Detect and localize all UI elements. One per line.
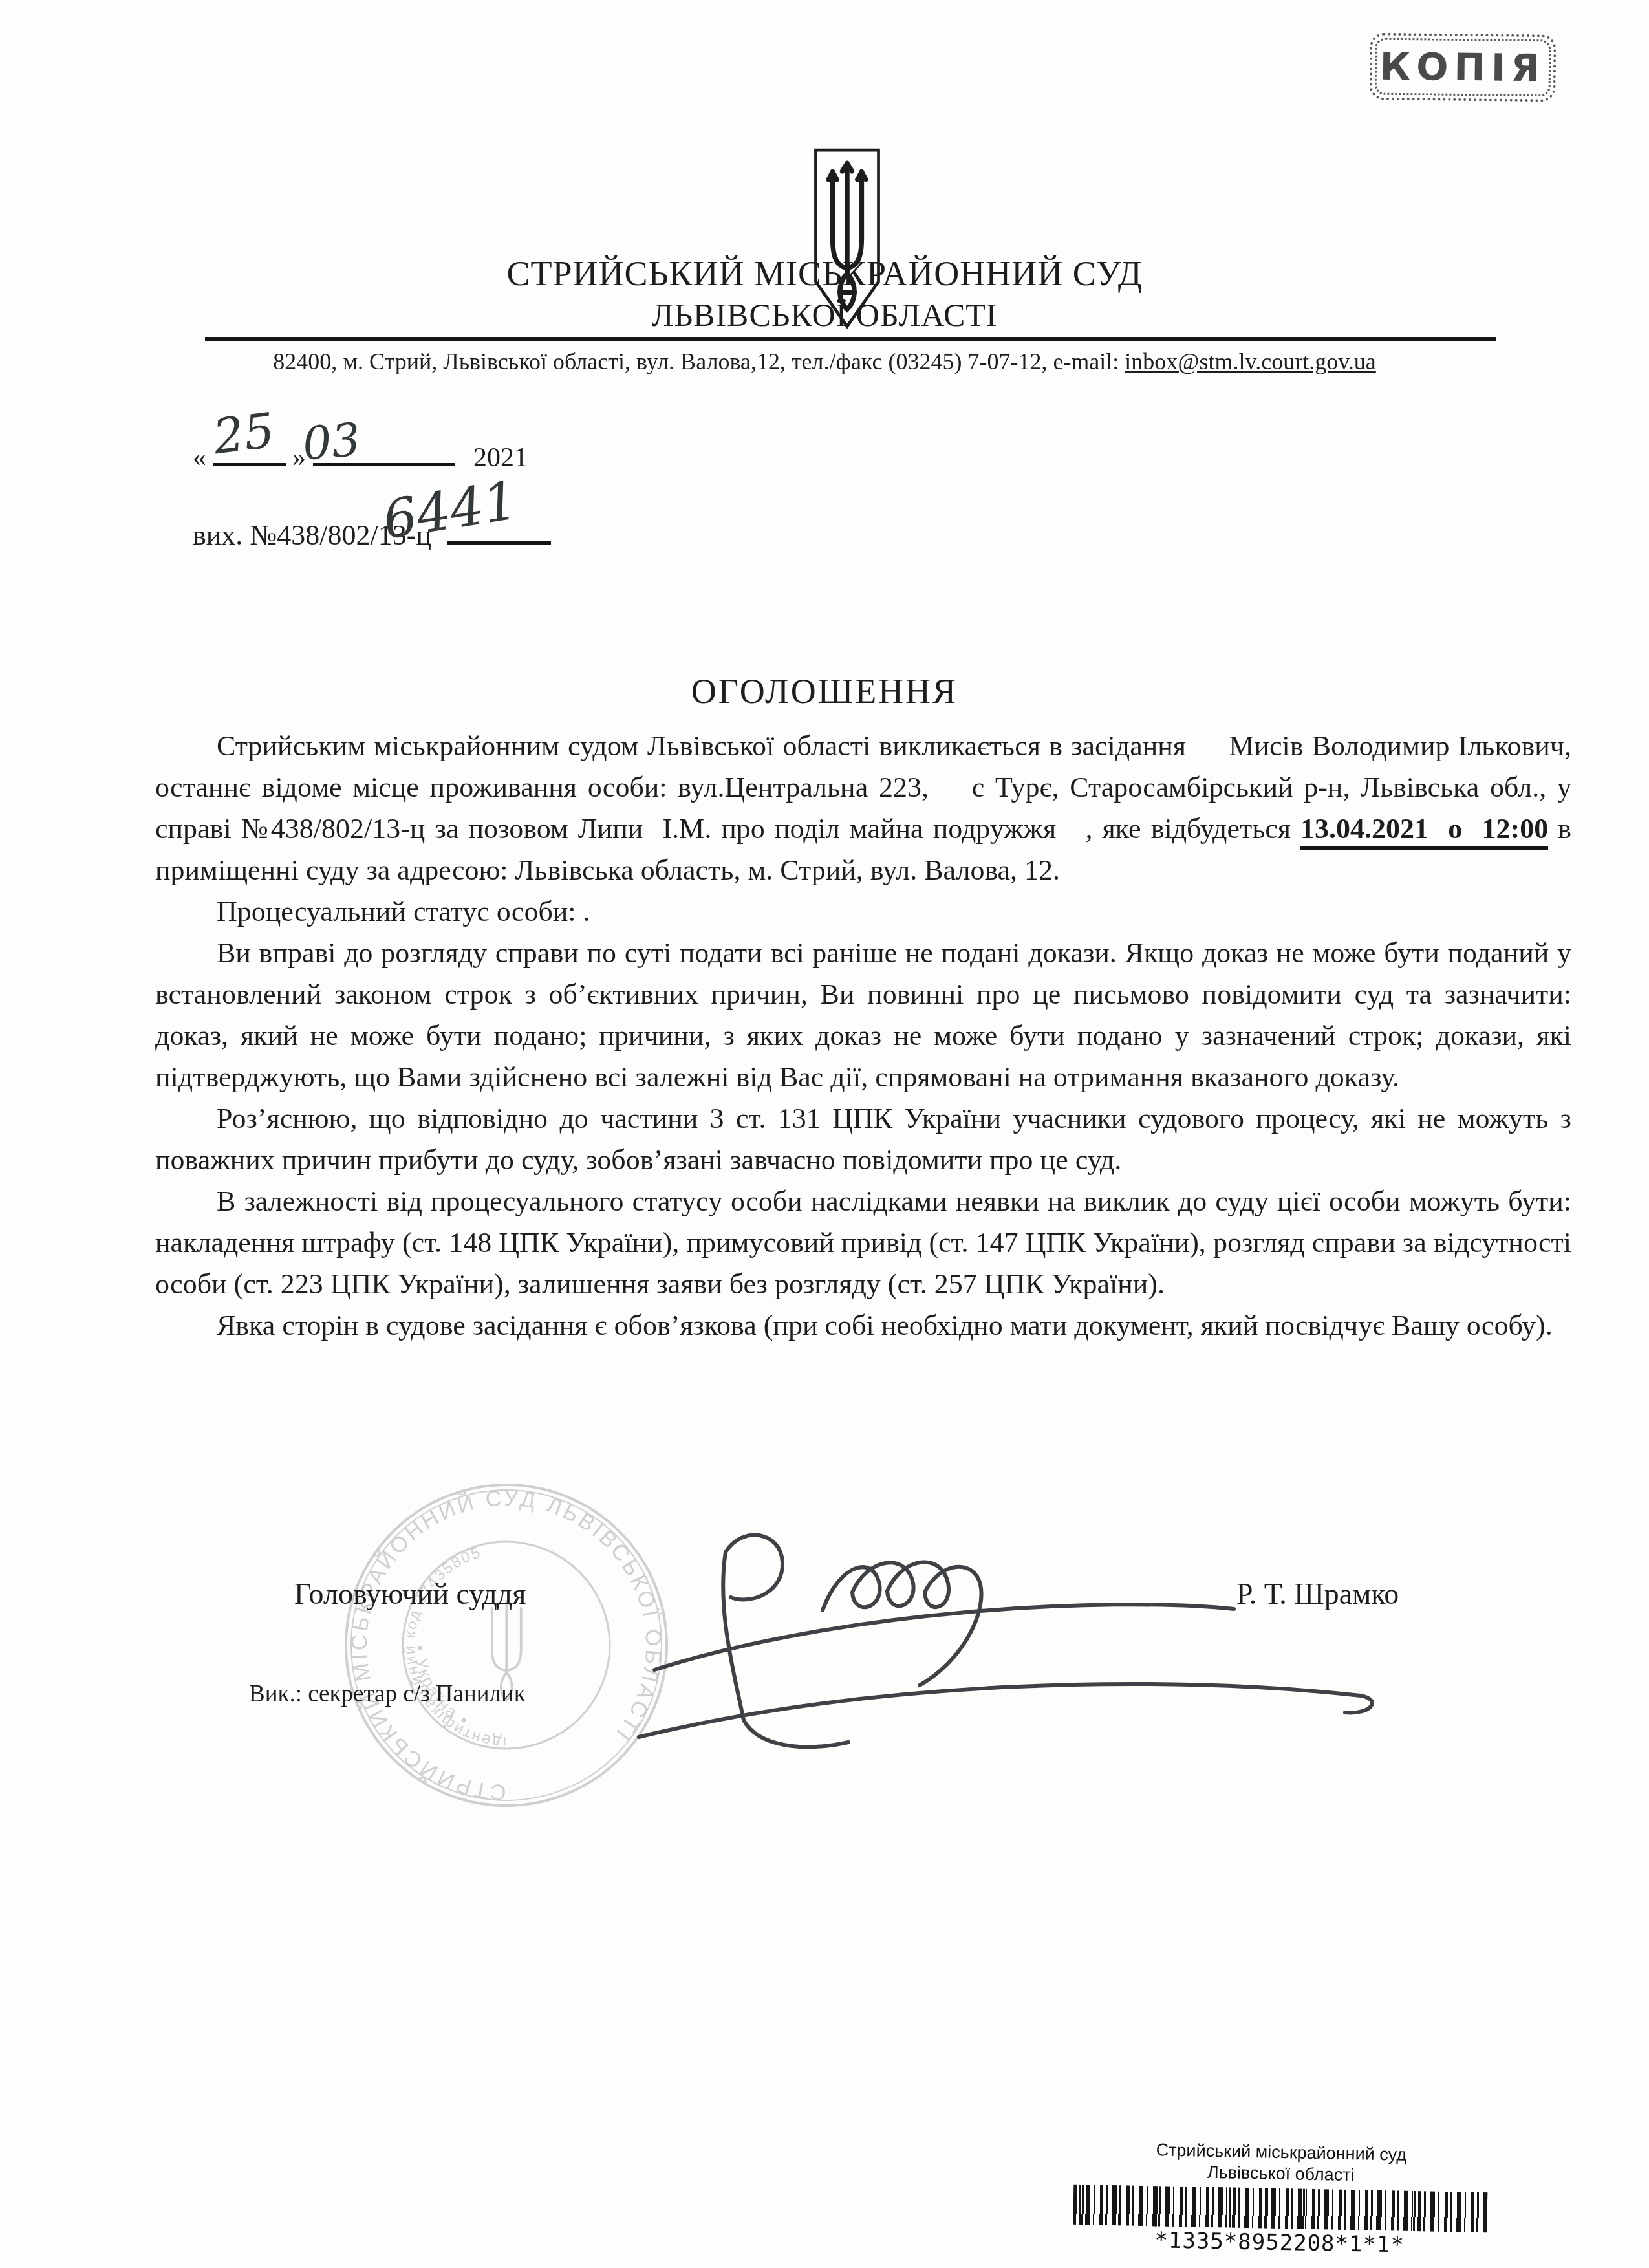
copy-stamp-label: КОПІЯ <box>1379 45 1546 91</box>
court-document-page: КОПІЯ СТРИЙСЬКИЙ МІСЬКРАЙОННИЙ СУД ЛЬВІВ… <box>0 0 1649 2268</box>
paragraph-summons: Стрийським міськрайонним судом Львівсько… <box>155 726 1571 891</box>
barcode <box>1073 2185 1487 2232</box>
court-address: 82400, м. Стрий, Львівської області, вул… <box>0 348 1649 375</box>
copy-stamp-border: КОПІЯ <box>1375 38 1551 97</box>
judge-name: Р. Т. Шрамко <box>1236 1577 1399 1611</box>
document-title: ОГОЛОШЕННЯ <box>0 671 1649 711</box>
handwritten-month: 03 <box>301 413 363 470</box>
handwritten-day: 25 <box>210 403 277 466</box>
paragraph-consequences: В залежності від процесуального статусу … <box>155 1181 1571 1305</box>
quote-open: « <box>193 443 206 473</box>
footer-block: Стрийський міськрайонний суд Львівської … <box>1033 2137 1527 2261</box>
paragraph-notice: Роз’яснюю, що відповідно до частини 3 ст… <box>155 1098 1571 1181</box>
court-name-line2: ЛЬВІВСЬКОЇ ОБЛАСТІ <box>0 296 1649 334</box>
judge-role-label: Головуючий суддя <box>294 1577 526 1611</box>
copy-stamp: КОПІЯ <box>1369 32 1556 102</box>
clerk-line: Вик.: секретар с/з Панилик <box>249 1680 526 1708</box>
court-name-line1: СТРИЙСЬКИЙ МІСЬКРАЙОННИЙ СУД <box>0 254 1649 294</box>
paragraph-attendance: Явка сторін в судове засідання є обов’яз… <box>155 1305 1571 1346</box>
year-label: 2021 <box>473 443 528 473</box>
email-link[interactable]: inbox@stm.lv.court.gov.ua <box>1125 349 1375 374</box>
judge-signature <box>608 1507 1397 1778</box>
address-text: 82400, м. Стрий, Львівської області, вул… <box>273 349 1125 374</box>
hearing-datetime: 13.04.2021 о 12:00 <box>1300 813 1548 850</box>
document-body: Стрийським міськрайонним судом Львівсько… <box>155 726 1571 1346</box>
header-divider <box>205 337 1496 341</box>
paragraph-status: Процесуальний статус особи: . <box>155 891 1571 933</box>
paragraph-evidence: Ви вправі до розгляду справи по суті под… <box>155 933 1571 1098</box>
